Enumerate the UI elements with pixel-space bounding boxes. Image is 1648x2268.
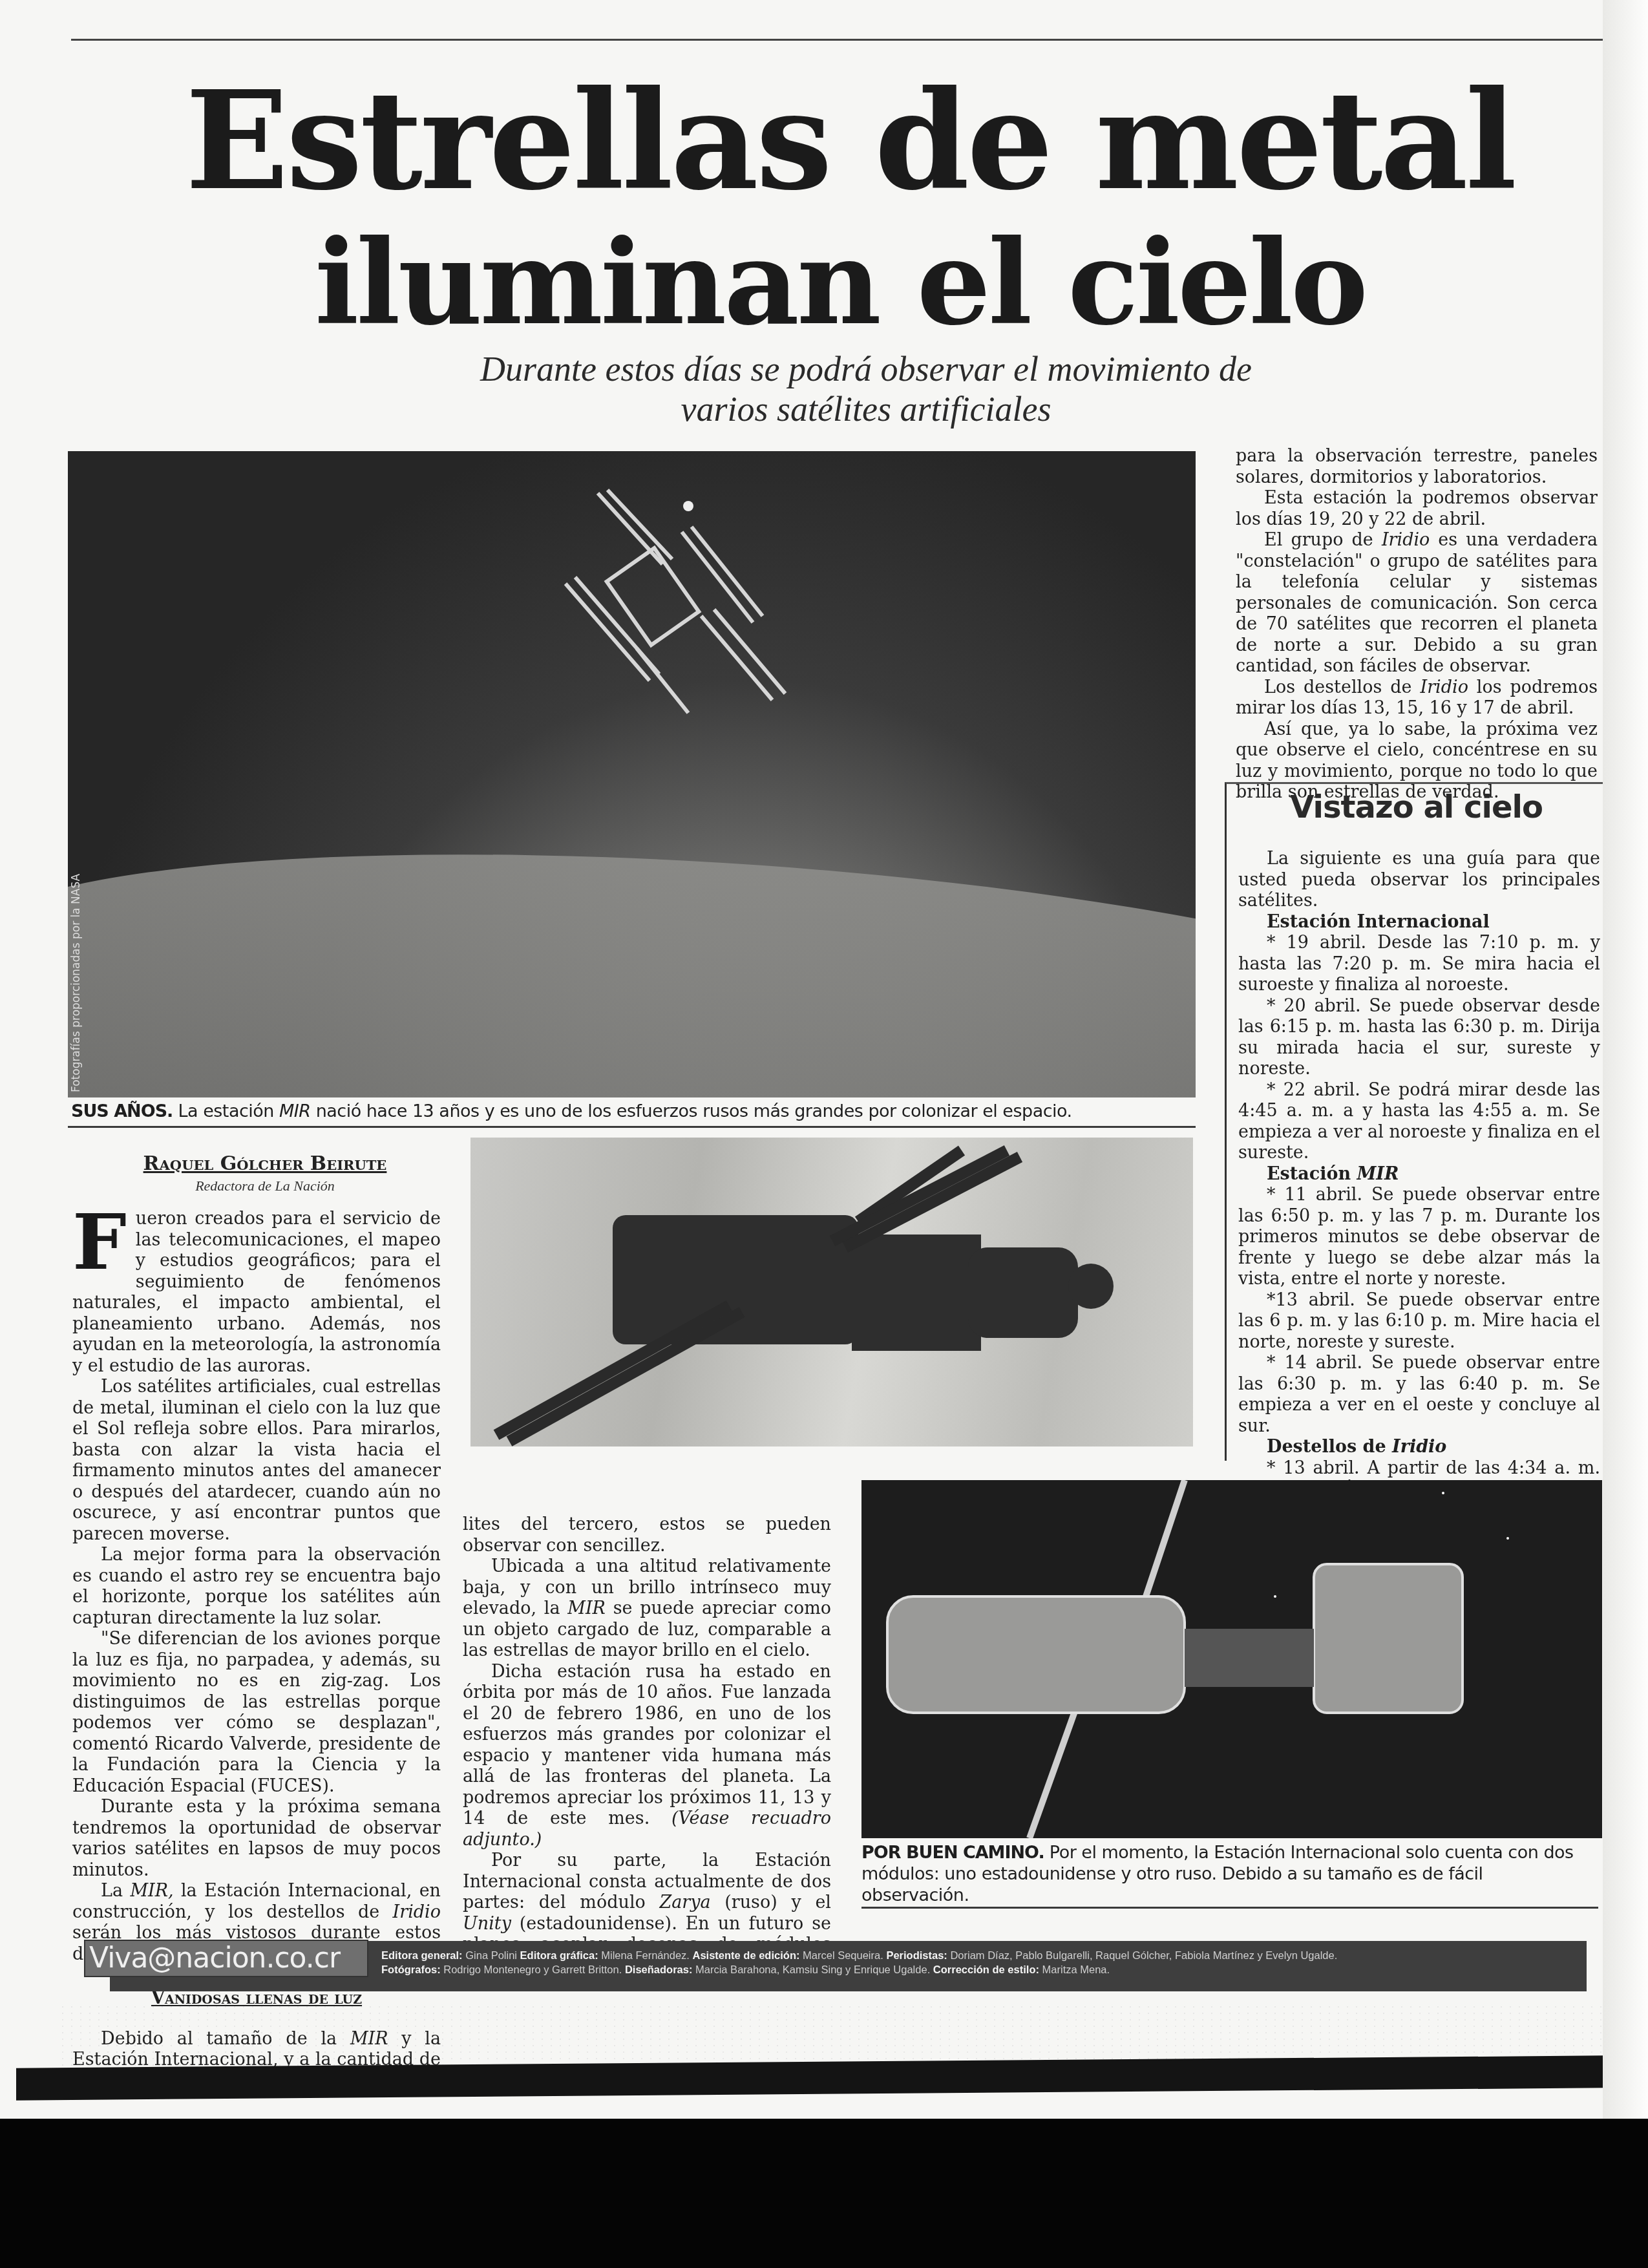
headline-line-1: Estrellas de metal [0,70,1603,212]
iss-unity-photo [861,1480,1602,1838]
sidebar-vistazo-al-cielo: Vistazo al cielo La siguiente es una guí… [1225,782,1606,1461]
iss-photo-caption: POR BUEN CAMINO. Por el momento, la Esta… [861,1842,1592,1906]
article-column-right: para la observación terrestre, paneles s… [1236,446,1598,803]
photo-credit: Fotografías proporcionadas por la NASA [70,874,83,1092]
section-email-tag: Viva@nacion.co.cr [84,1940,368,1977]
top-rule [71,39,1603,41]
mir-station-icon [559,487,830,732]
sidebar-body: La siguiente es una guía para que usted … [1238,849,1600,1584]
sidebar-title: Vistazo al cielo [1227,789,1606,825]
caption-lead: SUS AÑOS. [71,1101,173,1121]
zarya-module-icon [470,1138,1193,1447]
sidebar-section-heading: Estación Internacional [1238,912,1600,933]
author-name: Raquel Gólcher Beirute [90,1152,439,1175]
scanner-background [0,2119,1648,2268]
newspaper-page: Estrellas de metal iluminan el cielo Dur… [0,0,1603,2119]
page-edge [1603,0,1648,2119]
article-column-middle: lites del tercero, estos se pueden obser… [463,1514,831,1977]
zarya-module-photo [470,1138,1193,1447]
mir-photo-caption: SUS AÑOS. La estación MIR nació hace 13 … [71,1101,1202,1122]
iss-modules-icon [861,1480,1602,1838]
mir-station-photo [68,451,1196,1097]
author-role: Redactora de La Nación [90,1178,439,1194]
sidebar-section-heading: Destellos de Iridio [1238,1437,1600,1458]
caption-rule [68,1126,1196,1128]
caption-rule [861,1907,1598,1909]
sidebar-section-heading: Estación MIR [1238,1164,1600,1185]
dropcap: F [72,1211,127,1273]
deck-subtitle: Durante estos días se podrá observar el … [478,349,1254,429]
caption-lead: POR BUEN CAMINO. [861,1843,1044,1863]
headline-line-2: iluminan el cielo [0,218,1603,348]
earth-horizon [68,811,1196,1097]
byline: Raquel Gólcher Beirute Redactora de La N… [90,1152,439,1194]
